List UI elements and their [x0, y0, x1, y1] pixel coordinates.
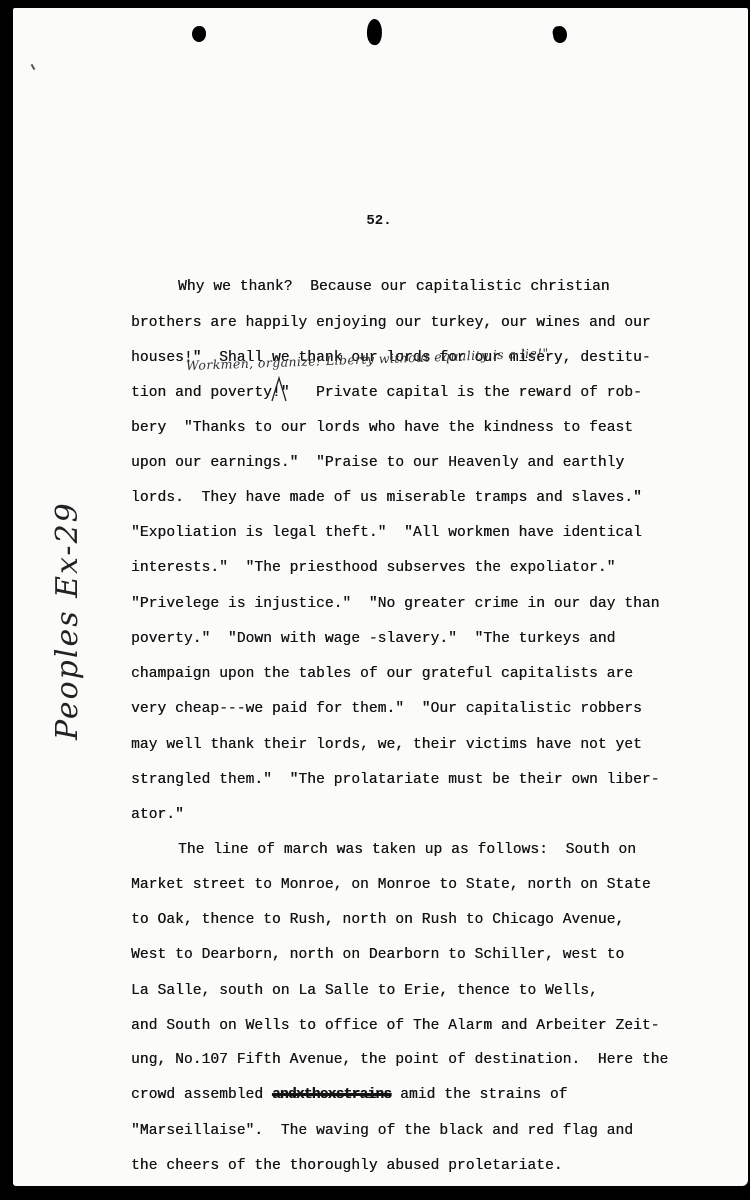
- text-line: strangled them." "The prolatariate must …: [131, 772, 659, 788]
- text-line: Market street to Monroe, on Monroe to St…: [131, 877, 651, 893]
- punch-hole: [192, 26, 206, 42]
- text-line: La Salle, south on La Salle to Erie, the…: [131, 983, 598, 999]
- text-line: "Privelege is injustice." "No greater cr…: [131, 596, 659, 612]
- text-line: "Marseillaise". The waving of the black …: [131, 1123, 633, 1139]
- text-line: upon our earnings." "Praise to our Heave…: [131, 455, 624, 471]
- text-line: interests." "The priesthood subserves th…: [131, 560, 615, 576]
- text-line: very cheap---we paid for them." "Our cap…: [131, 701, 642, 717]
- text-line: crowd assembled andxthexstrains amid the…: [131, 1087, 567, 1103]
- text-line: West to Dearborn, north on Dearborn to S…: [131, 947, 624, 963]
- text-line: ung, No.107 Fifth Avenue, the point of d…: [131, 1052, 668, 1068]
- text-line: lords. They have made of us miserable tr…: [131, 490, 642, 506]
- text-line: brothers are happily enjoying our turkey…: [131, 315, 651, 331]
- text-line: and South on Wells to office of The Alar…: [131, 1018, 659, 1034]
- text-line: "Expoliation is legal theft." "All workm…: [131, 525, 642, 541]
- text-span: amid the strains of: [391, 1087, 567, 1103]
- text-line: the cheers of the thoroughly abused prol…: [131, 1158, 563, 1174]
- text-line: champaign upon the tables of our gratefu…: [131, 666, 633, 682]
- text-line: ator.": [131, 807, 184, 823]
- text-line: to Oak, thence to Rush, north on Rush to…: [131, 912, 624, 928]
- insertion-caret-icon: [270, 376, 288, 402]
- text-line: The line of march was taken up as follow…: [178, 842, 636, 858]
- text-line: bery "Thanks to our lords who have the k…: [131, 420, 633, 436]
- text-line: tion and poverty!" Private capital is th…: [131, 385, 642, 401]
- page-number: 52.: [0, 213, 750, 229]
- text-line: poverty." "Down with wage -slavery." "Th…: [131, 631, 615, 647]
- text-line: may well thank their lords, we, their vi…: [131, 737, 642, 753]
- text-line: Why we thank? Because our capitalistic c…: [178, 279, 610, 295]
- handwritten-exhibit-label: Peoples Ex-29: [50, 501, 85, 740]
- struck-out-text: andxthexstrains: [272, 1087, 391, 1103]
- text-span: crowd assembled: [131, 1087, 272, 1103]
